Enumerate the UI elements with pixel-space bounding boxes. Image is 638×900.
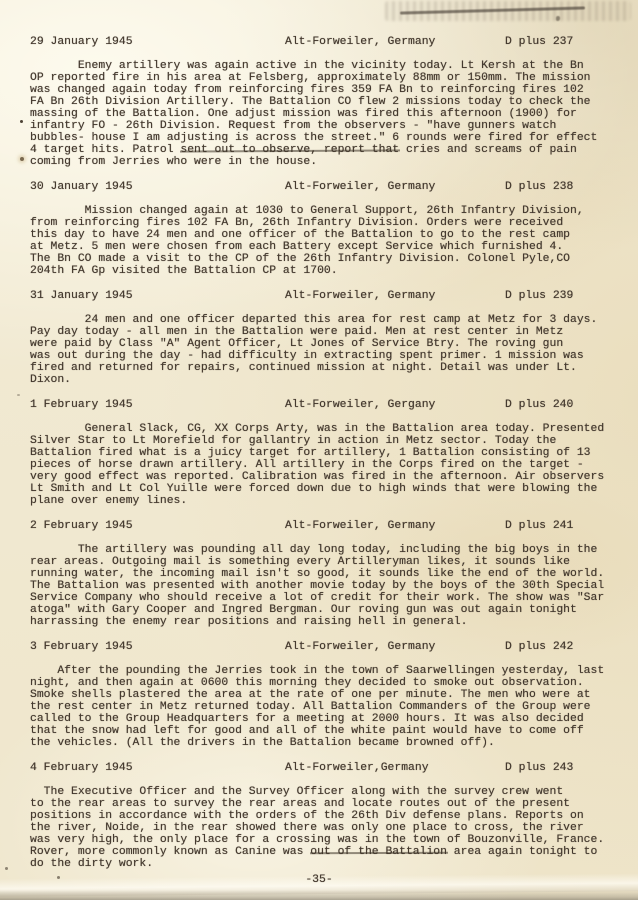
entry-location: Alt-Forweiler, Germany: [285, 641, 505, 653]
entry-d-plus: D plus 237: [505, 36, 612, 48]
entry-d-plus: D plus 239: [505, 290, 612, 302]
entry-d-plus: D plus 243: [505, 762, 612, 774]
entry-d-plus: D plus 238: [505, 181, 612, 193]
entry-location: Alt-Forweiler, Gergany: [285, 399, 505, 411]
diary-entry: 1 February 1945 Alt-Forweiler, Gergany D…: [30, 399, 612, 507]
entry-location: Alt-Forweiler, Germany: [285, 36, 505, 48]
diary-entries: 29 January 1945 Alt-Forweiler, Germany D…: [30, 36, 612, 870]
entry-location: Alt-Forweiler, Germany: [285, 290, 505, 302]
diary-entry: 3 February 1945 Alt-Forweiler, Germany D…: [30, 641, 612, 749]
entry-header: 29 January 1945 Alt-Forweiler, Germany D…: [30, 36, 612, 48]
diary-entry: 2 February 1945 Alt-Forweiler, Germany D…: [30, 520, 612, 628]
entry-header: 30 January 1945 Alt-Forweiler, Germany D…: [30, 181, 612, 193]
diary-entry: 31 January 1945 Alt-Forweiler, Germany D…: [30, 290, 612, 386]
entry-d-plus: D plus 241: [505, 520, 612, 532]
entry-date: 31 January 1945: [30, 290, 285, 302]
entry-header: 2 February 1945 Alt-Forweiler, Germany D…: [30, 520, 612, 532]
entry-date: 30 January 1945: [30, 181, 285, 193]
entry-header: 1 February 1945 Alt-Forweiler, Gergany D…: [30, 399, 612, 411]
diary-entry: 29 January 1945 Alt-Forweiler, Germany D…: [30, 36, 612, 168]
diary-page: 29 January 1945 Alt-Forweiler, Germany D…: [0, 0, 638, 900]
entry-date: 2 February 1945: [30, 520, 285, 532]
entry-date: 1 February 1945: [30, 399, 285, 411]
entry-location: Alt-Forweiler,Germany: [285, 762, 505, 774]
entry-location: Alt-Forweiler, Germany: [285, 520, 505, 532]
entry-body-text: The Executive Officer and the Survey Off…: [30, 786, 612, 870]
entry-date: 3 February 1945: [30, 641, 285, 653]
entry-date: 4 February 1945: [30, 762, 285, 774]
diary-entry: 30 January 1945 Alt-Forweiler, Germany D…: [30, 181, 612, 277]
paper-speck: [20, 157, 24, 161]
entry-date: 29 January 1945: [30, 36, 285, 48]
page-bottom-edge-shadow: [0, 890, 638, 900]
diary-entry: 4 February 1945 Alt-Forweiler,Germany D …: [30, 762, 612, 870]
entry-d-plus: D plus 242: [505, 641, 612, 653]
entry-body-text: 24 men and one officer departed this are…: [30, 314, 612, 386]
paper-speck: [17, 394, 20, 396]
entry-body-text: The artillery was pounding all day long …: [30, 544, 612, 628]
entry-body-text: Enemy artillery was again active in the …: [30, 60, 612, 168]
entry-header: 3 February 1945 Alt-Forweiler, Germany D…: [30, 641, 612, 653]
entry-header: 4 February 1945 Alt-Forweiler,Germany D …: [30, 762, 612, 774]
entry-body-text: After the pounding the Jerries took in t…: [30, 665, 612, 749]
paper-speck: [5, 867, 8, 870]
entry-location: Alt-Forweiler, Germany: [285, 181, 505, 193]
entry-body-text: Mission changed again at 1030 to General…: [30, 205, 612, 277]
entry-header: 31 January 1945 Alt-Forweiler, Germany D…: [30, 290, 612, 302]
paper-speck: [20, 120, 23, 123]
page-number: -35-: [0, 874, 638, 886]
entry-body-text: General Slack, CG, XX Corps Arty, was in…: [30, 423, 612, 507]
entry-d-plus: D plus 240: [505, 399, 612, 411]
